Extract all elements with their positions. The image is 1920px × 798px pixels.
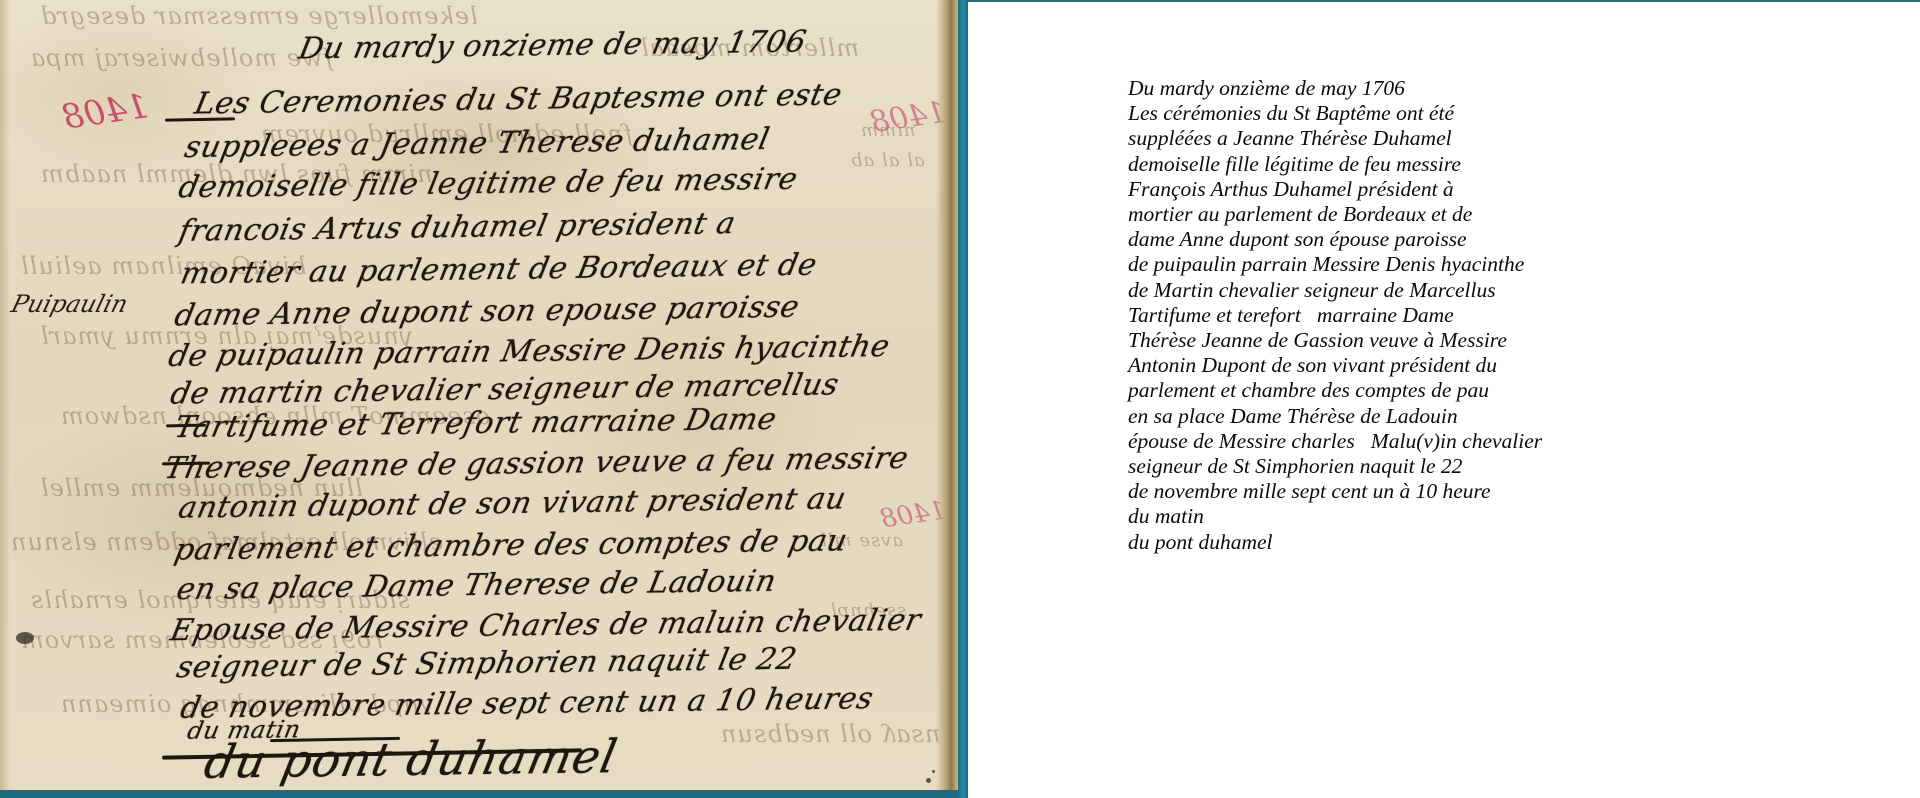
transcription-line: épouse de Messire charles Malu(v)in chev… (1128, 429, 1542, 454)
handwritten-line: suppleees a Jeanne Therese duhamel (182, 122, 773, 165)
transcription-panel: Du mardy onzième de may 1706 Les cérémon… (968, 0, 1920, 798)
ink-blot (932, 770, 935, 773)
handwritten-line: demoiselle fille legitime de feu messire (176, 162, 801, 206)
transcription-line: de Martin chevalier seigneur de Marcellu… (1128, 278, 1542, 303)
page-edge (0, 0, 10, 790)
transcription-line: de puipaulin parrain Messire Denis hyaci… (1128, 252, 1542, 277)
transcription-line: suppléées a Jeanne Thérèse Duhamel (1128, 126, 1542, 151)
transcription-line: de novembre mille sept cent un à 10 heur… (1128, 479, 1542, 504)
transcription-line: mortier au parlement de Bordeaux et de (1128, 202, 1542, 227)
transcription-line: du matin (1128, 504, 1542, 529)
transcription-line: parlement et chambre des comptes de pau (1128, 378, 1542, 403)
handwritten-line: Du mardy onzieme de may 1706 (296, 24, 810, 66)
transcription-line: Les cérémonies du St Baptême ont été (1128, 101, 1542, 126)
transcription-line: Antonin Dupont de son vivant président d… (1128, 353, 1542, 378)
handwritten-line: Therese Jeanne de gassion veuve a feu me… (161, 441, 911, 486)
bleed-through-text: nsaʎ oll nedbsun (720, 720, 940, 748)
handwritten-line: francois Artus duhamel president a (176, 206, 739, 249)
manuscript-scan: lekemollerge ermessmar desegrd fwe molle… (0, 0, 958, 790)
margin-note: Puipaulin (8, 290, 131, 318)
transcription-text: Du mardy onzième de may 1706 Les cérémon… (1128, 76, 1542, 555)
ink-blot (926, 778, 931, 783)
transcription-line: en sa place Dame Thérèse de Ladouin (1128, 404, 1542, 429)
bleed-through-text: lekemollerge ermessmar desegrd (40, 2, 478, 30)
bleed-through-text: fwe mollebwiseraj mpa (30, 44, 332, 72)
transcription-line: Du mardy onzième de may 1706 (1128, 76, 1542, 101)
handwritten-line: seigneur de St Simphorien naquit le 22 (174, 642, 800, 686)
frame-top-strip (968, 0, 1920, 2)
signature: du pont duhamel (200, 729, 622, 789)
transcription-line: seigneur de St Simphorien naquit le 22 (1128, 454, 1542, 479)
handwritten-line: dame Anne dupont son epouse paroisse (172, 290, 803, 334)
bleed-through-text: al al ab (850, 150, 925, 171)
transcription-line: François Arthus Duhamel président à (1128, 177, 1542, 202)
transcription-line: Tartifume et terefort marraine Dame (1128, 303, 1542, 328)
transcription-line: Thérèse Jeanne de Gassion veuve à Messir… (1128, 328, 1542, 353)
handwritten-line: en sa place Dame Therese de Ladouin (174, 564, 780, 607)
transcription-line: dame Anne dupont son épouse paroisse (1128, 227, 1542, 252)
folio-number: 1408 (60, 86, 151, 138)
frame-bottom-strip (0, 790, 968, 798)
binding-edge (936, 0, 958, 790)
transcription-line: du pont duhamel (1128, 530, 1542, 555)
panel-divider (958, 0, 968, 798)
ink-blot (16, 632, 34, 644)
handwritten-line: Tartifume et Terrefort marraine Dame (172, 402, 780, 445)
transcription-line: demoiselle fille légitime de feu messire (1128, 152, 1542, 177)
handwritten-line: Les Ceremonies du St Baptesme ont este (192, 78, 846, 122)
